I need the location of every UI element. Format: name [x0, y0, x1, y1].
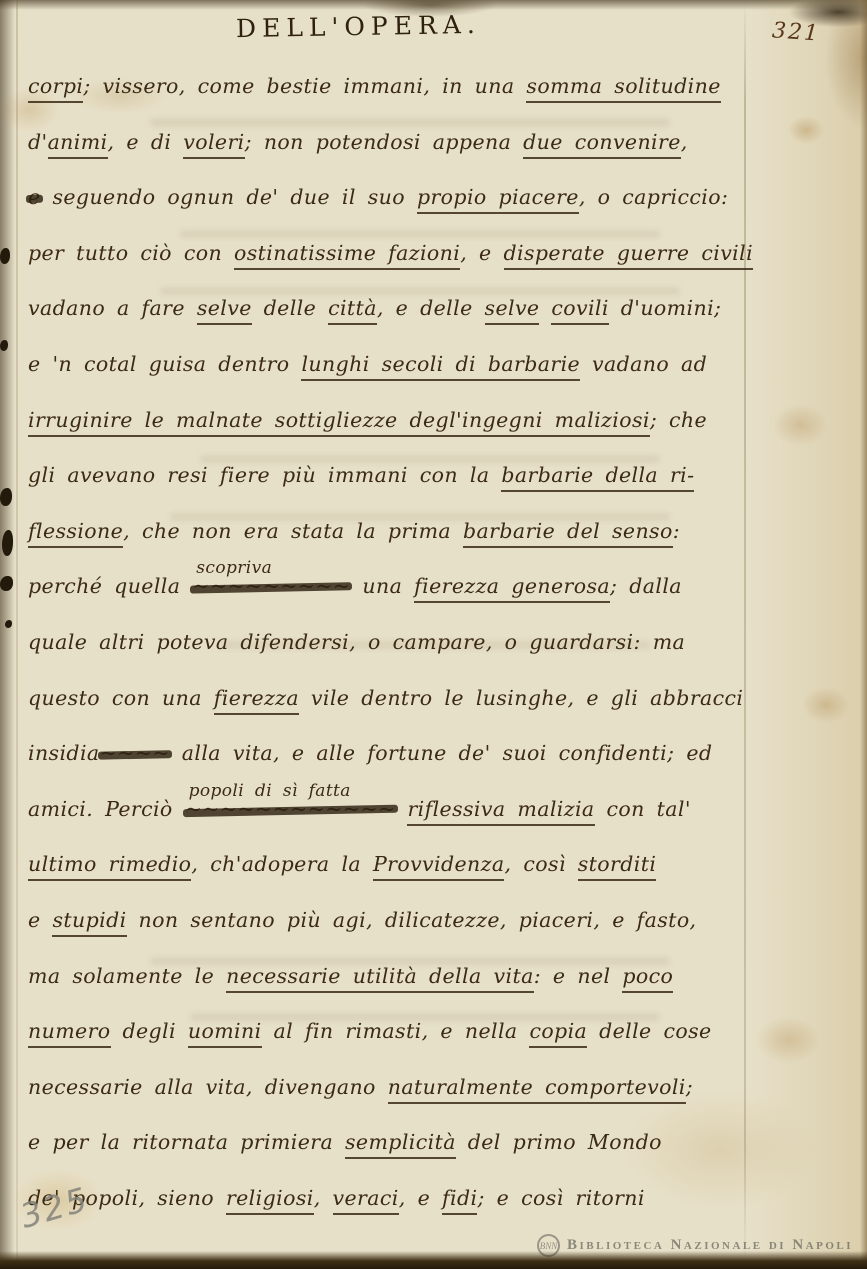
- underlined-segment: copia: [529, 1019, 587, 1048]
- text-segment: , così: [504, 852, 577, 879]
- text-segment: vadano ad: [580, 352, 707, 379]
- strikethrough-segment: ~~~~~~~~~scopriva: [192, 576, 350, 600]
- text-segment: , che non era stata la prima: [123, 519, 463, 546]
- manuscript-line: d'animi, e di voleri; non potendosi appe…: [28, 132, 773, 153]
- text-segment: seguendo ognun de' due il suo: [41, 185, 417, 212]
- page-edge-right: [860, 0, 867, 1269]
- text-segment: insidia: [28, 741, 100, 768]
- underlined-segment: selve: [485, 296, 540, 325]
- manuscript-line: quale altri poteva difendersi, o campare…: [28, 632, 773, 653]
- text-segment: [539, 296, 551, 323]
- text-segment: amici. Perciò: [28, 797, 185, 824]
- text-segment: ; e così ritorni: [477, 1186, 644, 1213]
- underlined-segment: voleri: [183, 130, 244, 159]
- manuscript-page-scan: DELL'OPERA. 321 corpi; vissero, come bes…: [0, 0, 867, 1269]
- underlined-segment: barbarie della ri-: [501, 463, 694, 492]
- underlined-segment: covili: [551, 296, 608, 325]
- underlined-segment: ultimo rimedio: [28, 852, 191, 881]
- manuscript-line: ma solamente le necessarie utilità della…: [28, 966, 773, 987]
- underlined-segment: fierezza generosa: [414, 574, 610, 603]
- manuscript-body: corpi; vissero, come bestie immani, in u…: [0, 0, 867, 1269]
- underlined-segment: irruginire le malnate sottigliezze degl'…: [28, 408, 650, 437]
- underlined-segment: fierezza: [214, 686, 299, 715]
- underlined-segment: ostinatissime fazioni: [234, 241, 460, 270]
- text-segment: ; non potendosi appena: [245, 130, 524, 157]
- text-segment: non sentano più agi, dilicatezze, piacer…: [127, 908, 697, 935]
- text-segment: vadano a fare: [28, 296, 197, 323]
- manuscript-line: questo con una fierezza vile dentro le l…: [28, 688, 773, 709]
- manuscript-line: gli avevano resi fiere più immani con la…: [28, 465, 773, 486]
- page-edge-bottom: [0, 1251, 867, 1269]
- manuscript-line: e per la ritornata primiera semplicità d…: [28, 1132, 773, 1153]
- underlined-segment: poco: [622, 964, 673, 993]
- manuscript-line: e stupidi non sentano più agi, dilicatez…: [28, 910, 773, 931]
- underlined-segment: selve: [197, 296, 252, 325]
- text-segment: con tal': [595, 797, 691, 824]
- underlined-segment: semplicità: [345, 1130, 456, 1159]
- text-segment: , e: [399, 1186, 442, 1213]
- text-segment: necessarie alla vita, divengano: [28, 1075, 388, 1102]
- text-segment: al fin rimasti, e nella: [262, 1019, 530, 1046]
- underlined-segment: uomini: [188, 1019, 262, 1048]
- manuscript-line: per tutto ciò con ostinatissime fazioni,…: [28, 243, 773, 264]
- text-segment: una: [351, 574, 415, 601]
- text-segment: per tutto ciò con: [28, 241, 234, 268]
- manuscript-line: irruginire le malnate sottigliezze degl'…: [28, 410, 773, 431]
- underlined-segment: riflessiva malizia: [407, 797, 594, 826]
- underlined-segment: storditi: [578, 852, 657, 881]
- manuscript-line: numero degli uomini al fin rimasti, e ne…: [28, 1021, 773, 1042]
- text-segment: alla vita, e alle fortune de' suoi confi…: [170, 741, 713, 768]
- underlined-segment: flessione: [28, 519, 123, 548]
- text-segment: delle cose: [587, 1019, 711, 1046]
- interlinear-insertion: popoli di sì fatta: [189, 783, 351, 800]
- text-segment: quale altri poteva difendersi, o campare…: [28, 630, 685, 657]
- underlined-segment: corpi: [28, 74, 83, 103]
- underlined-segment: religiosi: [226, 1186, 314, 1215]
- underlined-segment: necessarie utilità della vita: [226, 964, 534, 993]
- text-segment: perché quella: [28, 574, 192, 601]
- underlined-segment: città: [328, 296, 377, 325]
- text-segment: ; vissero, come bestie immani, in una: [83, 74, 526, 101]
- manuscript-line: flessione, che non era stata la prima ba…: [28, 521, 773, 542]
- manuscript-line: necessarie alla vita, divengano naturalm…: [28, 1077, 773, 1098]
- text-segment: , e: [460, 241, 503, 268]
- underlined-segment: naturalmente comportevoli: [388, 1075, 686, 1104]
- manuscript-line: e 'n cotal guisa dentro lunghi secoli di…: [28, 354, 773, 375]
- text-segment: : e nel: [534, 964, 623, 991]
- manuscript-line: de' popoli, sieno religiosi, veraci, e f…: [28, 1188, 773, 1209]
- text-segment: questo con una: [28, 686, 214, 713]
- text-segment: del primo Mondo: [456, 1130, 662, 1157]
- manuscript-line: ultimo rimedio, ch'adopera la Provvidenz…: [28, 854, 773, 875]
- underlined-segment: propio piacere: [417, 185, 579, 214]
- text-segment: delle: [252, 296, 328, 323]
- text-segment: ,: [314, 1186, 333, 1213]
- text-segment: ; dalla: [610, 574, 682, 601]
- text-segment: e 'n cotal guisa dentro: [28, 352, 301, 379]
- underlined-segment: disperate guerre civili: [504, 241, 754, 270]
- text-segment: ma solamente le: [28, 964, 226, 991]
- strikethrough-segment: e: [28, 187, 41, 211]
- text-segment: e per la ritornata primiera: [28, 1130, 345, 1157]
- text-segment: :: [673, 519, 680, 546]
- underlined-segment: animi: [48, 130, 108, 159]
- manuscript-line: vadano a fare selve delle città, e delle…: [28, 298, 773, 319]
- text-segment: vile dentro le lusinghe, e gli abbracci: [299, 686, 743, 713]
- manuscript-line: insidia~~~~ alla vita, e alle fortune de…: [28, 743, 773, 767]
- strikethrough-segment: ~~~~~~~~~~~~popoli di sì fatta: [185, 799, 396, 823]
- text-segment: gli avevano resi fiere più immani con la: [28, 463, 501, 490]
- manuscript-line: perché quella ~~~~~~~~~scopriva una fier…: [28, 576, 773, 600]
- interlinear-insertion: scopriva: [196, 560, 272, 577]
- underlined-segment: barbarie del senso: [463, 519, 673, 548]
- underlined-segment: numero: [28, 1019, 111, 1048]
- text-segment: d': [28, 130, 48, 157]
- text-segment: , e di: [108, 130, 184, 157]
- text-segment: d'uomini;: [609, 296, 721, 323]
- underlined-segment: stupidi: [52, 908, 126, 937]
- underlined-segment: due convenire: [523, 130, 681, 159]
- text-segment: degli: [111, 1019, 188, 1046]
- text-segment: ; che: [650, 408, 707, 435]
- manuscript-line: amici. Perciò ~~~~~~~~~~~~popoli di sì f…: [28, 799, 773, 823]
- underlined-segment: lunghi secoli di barbarie: [301, 352, 580, 381]
- strikethrough-segment: ~~~~: [100, 743, 170, 767]
- text-segment: e: [28, 908, 52, 935]
- text-segment: ;: [686, 1075, 693, 1102]
- manuscript-line: corpi; vissero, come bestie immani, in u…: [28, 76, 773, 97]
- underlined-segment: somma solitudine: [526, 74, 720, 103]
- text-segment: , ch'adopera la: [191, 852, 373, 879]
- underlined-segment: Provvidenza: [373, 852, 505, 881]
- text-segment: ,: [681, 130, 688, 157]
- text-segment: , e delle: [377, 296, 485, 323]
- text-segment: , o capriccio:: [579, 185, 728, 212]
- manuscript-line: e seguendo ognun de' due il suo propio p…: [28, 187, 773, 211]
- underlined-segment: veraci: [333, 1186, 399, 1215]
- underlined-segment: fidi: [442, 1186, 477, 1215]
